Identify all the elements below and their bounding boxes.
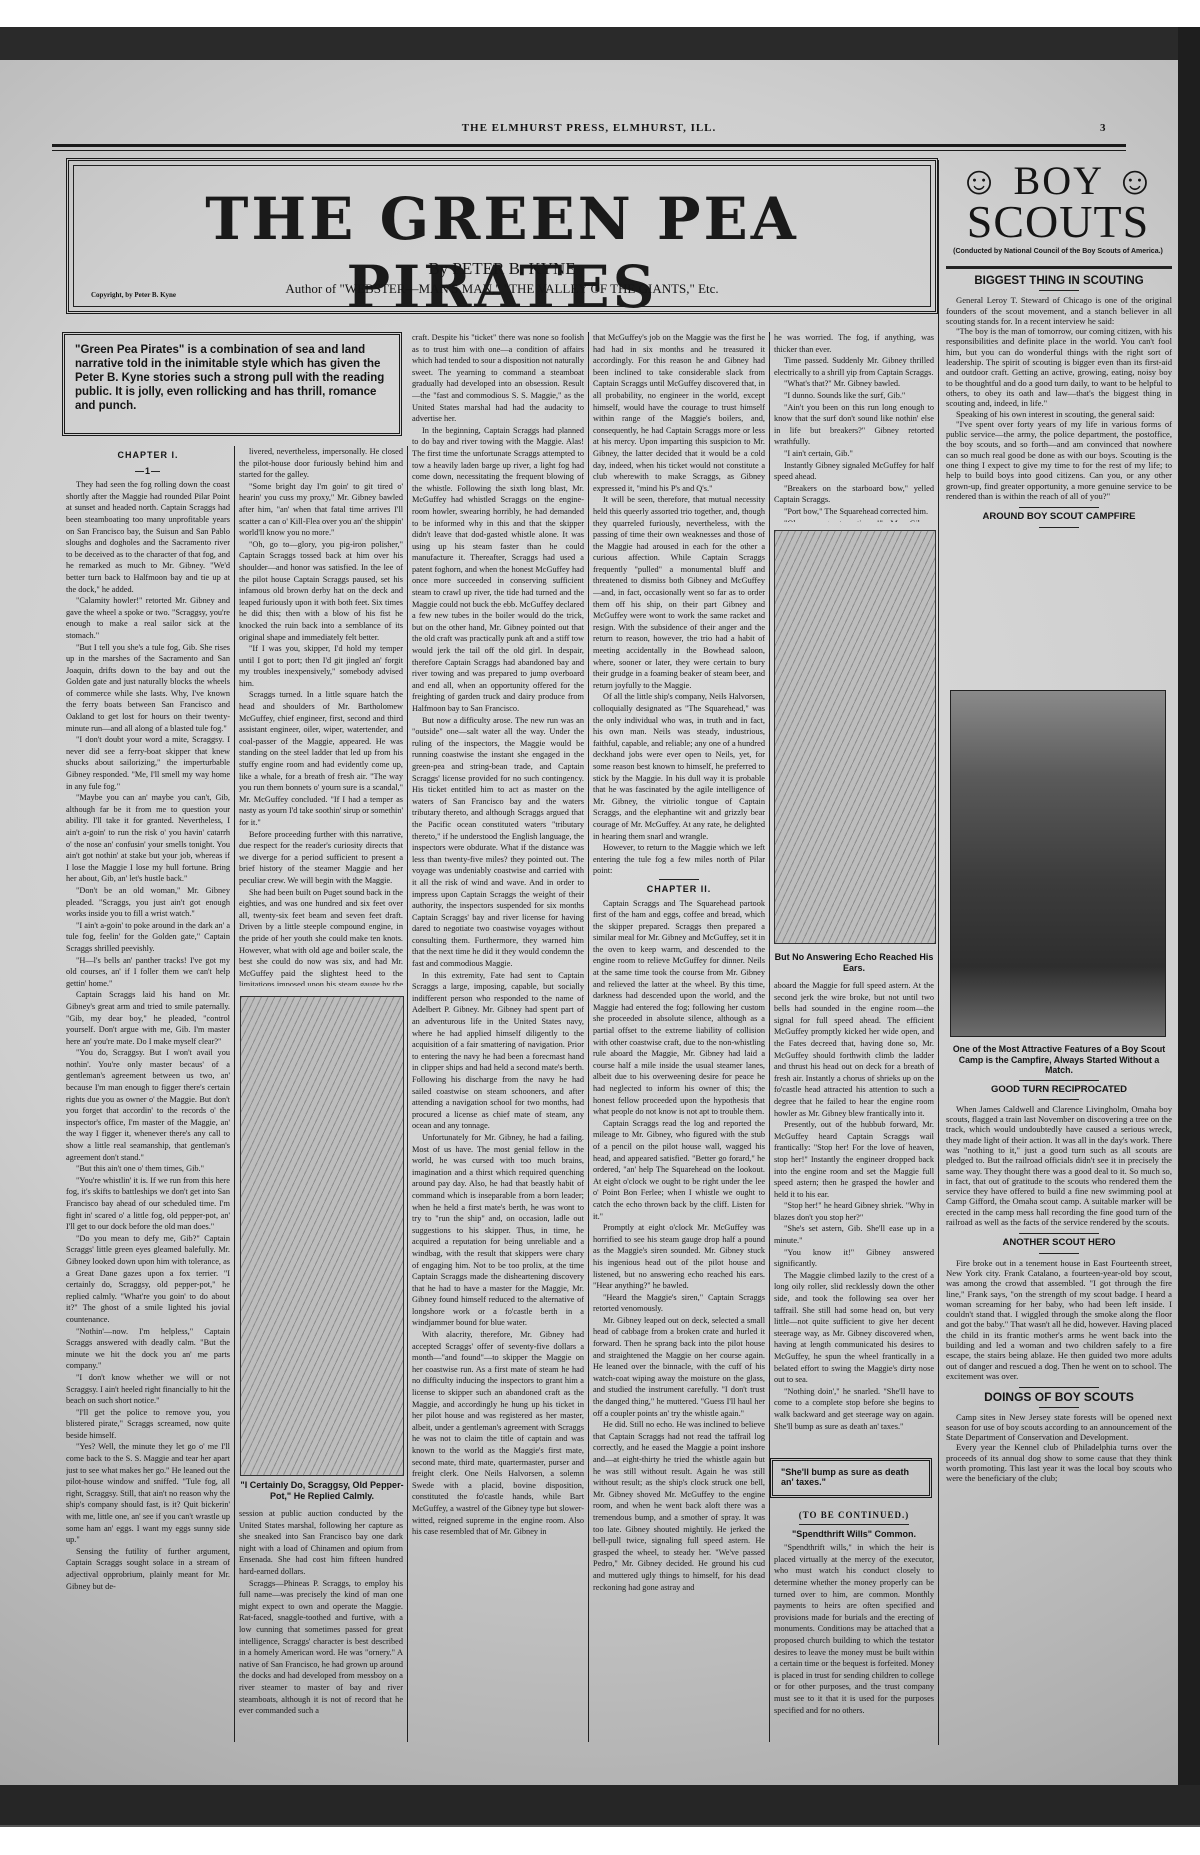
illustration-caption: "I Certainly Do, Scraggsy, Old Pepper-Po… bbox=[238, 1480, 406, 1502]
story-column-4: that McGuffey's job on the Maggie was th… bbox=[593, 332, 765, 1742]
article-headline: DOINGS OF BOY SCOUTS bbox=[946, 1392, 1172, 1402]
story-column-5: he was worried. The fog, if anything, wa… bbox=[774, 332, 934, 522]
paragraph: "I ain't certain, Gib." bbox=[774, 448, 934, 460]
photo-caption: One of the Most Attractive Features of a… bbox=[946, 1044, 1172, 1076]
paragraph: "But I tell you she's a tule fog, Gib. S… bbox=[66, 642, 230, 735]
paragraph: Captain Scraggs laid his hand on Mr. Gib… bbox=[66, 989, 230, 1047]
paragraph: that McGuffey's job on the Maggie was th… bbox=[593, 332, 765, 494]
scan-margin bbox=[0, 1825, 1200, 1855]
column-rule bbox=[769, 332, 770, 1742]
paragraph: It will be seen, therefore, that mutual … bbox=[593, 494, 765, 691]
paragraph: Promptly at eight o'clock Mr. McGuffey w… bbox=[593, 1222, 765, 1292]
paragraph: "Heard the Maggie's siren," Captain Scra… bbox=[593, 1292, 765, 1315]
section-divider bbox=[1039, 290, 1079, 291]
scan-bottom-border bbox=[0, 1785, 1200, 1825]
paragraph: "Do you mean to defy me, Gib?" Captain S… bbox=[66, 1233, 230, 1326]
paragraph: "Nothing doin'," he snarled. "She'll hav… bbox=[774, 1386, 934, 1432]
paragraph: "Nothin'—now. I'm helpless," Captain Scr… bbox=[66, 1326, 230, 1372]
paragraph: "I don't doubt your word a mite, Scraggs… bbox=[66, 734, 230, 792]
scout-article-biggest-thing: BIGGEST THING IN SCOUTING General Leroy … bbox=[946, 272, 1172, 532]
header-rule bbox=[52, 144, 1126, 147]
scout-article-good-turn: One of the Most Attractive Features of a… bbox=[946, 1040, 1172, 1484]
paragraph: Captain Scraggs and The Squarehead parto… bbox=[593, 898, 765, 1118]
paragraph: "I ain't a-goin' to poke around in the d… bbox=[66, 920, 230, 955]
paragraph: "Oh, go to—glory, you pig-iron polisher,… bbox=[239, 539, 403, 643]
masthead-rule bbox=[946, 266, 1172, 269]
paragraph: Every year the Kennel club of Philadelph… bbox=[946, 1442, 1172, 1483]
story-title-box: THE GREEN PEA PIRATES By PETER B. KYNE A… bbox=[66, 158, 938, 314]
paragraph: "I'll get the police to remove you, you … bbox=[66, 1407, 230, 1442]
story-continuation-block: (TO BE CONTINUED.) "Spendthrift Wills" C… bbox=[774, 1506, 934, 1742]
paragraph: "You do, Scraggsy. But I won't avail you… bbox=[66, 1047, 230, 1163]
section-divider bbox=[659, 879, 699, 880]
boy-scouts-masthead: ☺ BOY ☺ SCOUTS (Conducted by National Co… bbox=[944, 162, 1172, 255]
paragraph: "I don't know whether we will or not Scr… bbox=[66, 1372, 230, 1407]
scan-top-border bbox=[0, 27, 1200, 60]
header-rule-thin bbox=[52, 150, 1126, 151]
copyright-notice: Copyright, by Peter B. Kyne bbox=[91, 291, 176, 299]
paragraph: Sensing the futility of further argument… bbox=[66, 1546, 230, 1592]
paragraph: "Ain't you been on this run long enough … bbox=[774, 402, 934, 448]
paragraph: aboard the Maggie for full speed astern.… bbox=[774, 980, 934, 1119]
section-divider bbox=[1019, 1080, 1099, 1081]
paragraph: "Don't be an old woman," Mr. Gibney plea… bbox=[66, 885, 230, 920]
paragraph: In the beginning, Captain Scraggs had pl… bbox=[412, 425, 584, 715]
paragraph: "Stop her!" he heard Gibney shriek. "Why… bbox=[774, 1200, 934, 1223]
page-number: 3 bbox=[1100, 122, 1106, 134]
paragraph: "Oh, my great patience!" Mr. Gibney groa… bbox=[774, 518, 934, 523]
paragraph: Presently, out of the hubbub forward, Mr… bbox=[774, 1119, 934, 1200]
paragraph: "Port bow," The Squarehead corrected him… bbox=[774, 506, 934, 518]
masthead-scouts: SCOUTS bbox=[944, 200, 1172, 244]
paragraph: However, to return to the Maggie which w… bbox=[593, 842, 765, 877]
paragraph: General Leroy T. Steward of Chicago is o… bbox=[946, 295, 1172, 326]
section-divider bbox=[1019, 507, 1099, 508]
spendthrift-wills-headline: "Spendthrift Wills" Common. bbox=[774, 1529, 934, 1541]
article-headline: GOOD TURN RECIPROCATED bbox=[946, 1085, 1172, 1095]
paragraph: "Breakers on the starboard bow," yelled … bbox=[774, 483, 934, 506]
paragraph: Scraggs—Phineas P. Scraggs, to employ hi… bbox=[239, 1578, 403, 1717]
paragraph: "Yes? Well, the minute they let go o' me… bbox=[66, 1441, 230, 1545]
section-divider bbox=[1039, 527, 1079, 528]
chapter-1-subheading: —1— bbox=[66, 466, 230, 478]
paragraph: "You're whistlin' it is. If we run from … bbox=[66, 1175, 230, 1233]
section-divider bbox=[1039, 1253, 1079, 1254]
column-rule bbox=[234, 446, 235, 1742]
story-column-5-continued: aboard the Maggie for full speed astern.… bbox=[774, 980, 934, 1450]
paragraph: But now a difficulty arose. The new run … bbox=[412, 715, 584, 970]
section-divider bbox=[1019, 1233, 1099, 1234]
paragraph: Instantly Gibney signaled McGuffey for h… bbox=[774, 460, 934, 483]
paragraph: Scraggs turned. In a little square hatch… bbox=[239, 689, 403, 828]
story-column-3: craft. Despite his "ticket" there was no… bbox=[412, 332, 584, 1742]
section-divider bbox=[1039, 1099, 1079, 1100]
story-column-2: livered, nevertheless, impersonally. He … bbox=[239, 446, 403, 986]
paragraph: The Maggie climbed lazily to the crest o… bbox=[774, 1270, 934, 1386]
author-credits: Author of "WEBSTER—MAN'S MAN," "THE VALL… bbox=[69, 281, 935, 297]
paragraph: Speaking of his own interest in scouting… bbox=[946, 409, 1172, 419]
paragraph: "If I was you, skipper, I'd hold my temp… bbox=[239, 643, 403, 689]
article-headline: BIGGEST THING IN SCOUTING bbox=[946, 276, 1172, 286]
paragraph: Fire broke out in a tenement house in Ea… bbox=[946, 1258, 1172, 1382]
paragraph: "You know it!" Gibney answered significa… bbox=[774, 1247, 934, 1270]
paragraph: "But this ain't one o' them times, Gib." bbox=[66, 1163, 230, 1175]
chapter-1-heading: CHAPTER I. bbox=[66, 450, 230, 462]
paragraph: She had been built on Puget sound back i… bbox=[239, 887, 403, 986]
story-title: THE GREEN PEA PIRATES bbox=[69, 185, 935, 321]
paragraph: Mr. Gibney leaped out on deck, selected … bbox=[593, 1315, 765, 1419]
paragraph: With alacrity, therefore, Mr. Gibney had… bbox=[412, 1329, 584, 1538]
paragraph: "The boy is the man of tomorrow, our com… bbox=[946, 326, 1172, 408]
section-divider bbox=[1039, 1407, 1079, 1408]
illustration-scraggs-and-gibney bbox=[240, 996, 404, 1476]
paragraph: When James Caldwell and Clarence Livingh… bbox=[946, 1104, 1172, 1228]
paragraph: He did. Still no echo. He was inclined t… bbox=[593, 1419, 765, 1593]
to-be-continued: (TO BE CONTINUED.) bbox=[774, 1510, 934, 1522]
paragraph: Of all the little ship's company, Neils … bbox=[593, 691, 765, 842]
scouts-column-rule bbox=[938, 160, 939, 1745]
paragraph: "Calamity howler!" retorted Mr. Gibney a… bbox=[66, 595, 230, 641]
spendthrift-wills-body: "Spendthrift wills," in which the heir i… bbox=[774, 1542, 934, 1716]
section-divider bbox=[799, 1524, 909, 1525]
paragraph: craft. Despite his "ticket" there was no… bbox=[412, 332, 584, 425]
paragraph: Before proceeding further with this narr… bbox=[239, 829, 403, 887]
paragraph: session at public auction conducted by t… bbox=[239, 1508, 403, 1578]
masthead-boy: ☺ BOY ☺ bbox=[944, 162, 1172, 200]
running-head: THE ELMHURST PRESS, ELMHURST, ILL. bbox=[0, 122, 1178, 134]
illustration-caption: But No Answering Echo Reached His Ears. bbox=[772, 952, 936, 974]
illustration-gibney-at-window bbox=[774, 530, 936, 944]
article-headline: ANOTHER SCOUT HERO bbox=[946, 1238, 1172, 1248]
pull-quote-box: "She'll bump as sure as death an' taxes.… bbox=[770, 1458, 932, 1498]
paragraph: livered, nevertheless, impersonally. He … bbox=[239, 446, 403, 481]
story-column-1: CHAPTER I. —1— They had seen the fog rol… bbox=[66, 446, 230, 1742]
paragraph: "Some bright day I'm goin' to git tired … bbox=[239, 481, 403, 539]
column-rule bbox=[407, 446, 408, 1742]
paragraph: Unfortunately for Mr. Gibney, he had a f… bbox=[412, 1132, 584, 1329]
column-rule bbox=[588, 332, 589, 1742]
paragraph: Time passed. Suddenly Mr. Gibney thrille… bbox=[774, 355, 934, 378]
campfire-photo bbox=[950, 690, 1166, 1037]
paragraph: They had seen the fog rolling down the c… bbox=[66, 479, 230, 595]
story-intro-box: "Green Pea Pirates" is a combination of … bbox=[62, 332, 402, 436]
paragraph: "I dunno. Sounds like the surf, Gib." bbox=[774, 390, 934, 402]
paragraph: "She's set astern, Gib. She'll ease up i… bbox=[774, 1223, 934, 1246]
paragraph: "I've spent over forty years of my life … bbox=[946, 419, 1172, 501]
paragraph: Captain Scraggs read the log and reporte… bbox=[593, 1118, 765, 1222]
byline: By PETER B. KYNE bbox=[69, 259, 935, 279]
paragraph: In this extremity, Fate had sent to Capt… bbox=[412, 970, 584, 1132]
paragraph: he was worried. The fog, if anything, wa… bbox=[774, 332, 934, 355]
paragraph: "H—l's bells an' panther tracks! I've go… bbox=[66, 955, 230, 990]
story-column-2-continued: session at public auction conducted by t… bbox=[239, 1508, 403, 1742]
scan-right-border bbox=[1178, 27, 1200, 1827]
paragraph: "Maybe you can an' maybe you can't, Gib,… bbox=[66, 792, 230, 885]
paragraph: Camp sites in New Jersey state forests w… bbox=[946, 1412, 1172, 1443]
conducted-by: (Conducted by National Council of the Bo… bbox=[944, 248, 1172, 255]
chapter-2-heading: CHAPTER II. bbox=[593, 884, 765, 896]
paragraph: "What's that?" Mr. Gibney bawled. bbox=[774, 378, 934, 390]
article-headline: AROUND BOY SCOUT CAMPFIRE bbox=[946, 512, 1172, 522]
section-divider bbox=[1019, 1387, 1099, 1388]
